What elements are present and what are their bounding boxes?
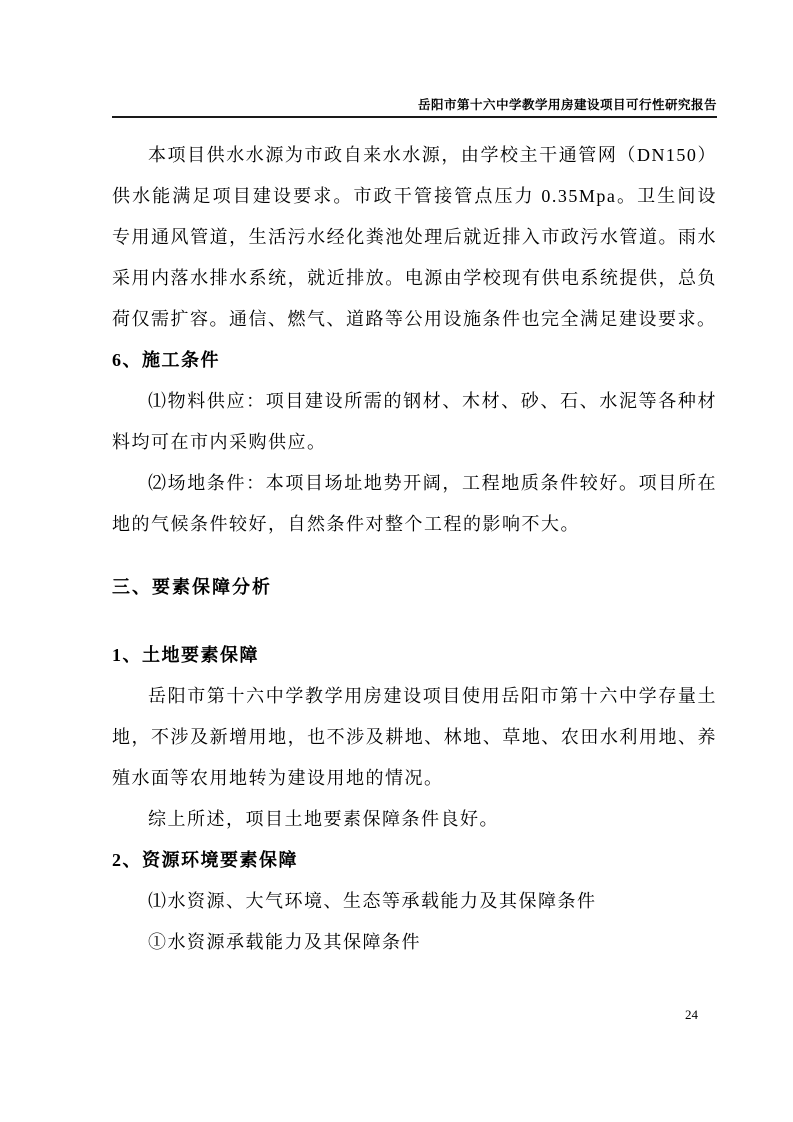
page-number: 24 (685, 1008, 698, 1022)
heading-land-factor-guarantee: 1、土地要素保障 (112, 635, 717, 676)
paragraph-site-conditions: ⑵场地条件：本项目场址地势开阔，工程地质条件较好。项目所在地的气候条件较好，自然… (112, 463, 717, 545)
paragraph-water-resource-capacity: ①水资源承载能力及其保障条件 (112, 922, 717, 963)
paragraph-water-air-ecology-capacity: ⑴水资源、大气环境、生态等承载能力及其保障条件 (112, 881, 717, 922)
heading-resource-environment-guarantee: 2、资源环境要素保障 (112, 840, 717, 881)
section-heading-factor-guarantee-analysis: 三、要素保障分析 (112, 567, 717, 608)
document-page: 岳阳市第十六中学教学用房建设项目可行性研究报告 本项目供水水源为市政自来水水源，… (0, 0, 793, 1122)
running-header: 岳阳市第十六中学教学用房建设项目可行性研究报告 (112, 97, 717, 118)
paragraph-land-conclusion: 综上所述，项目土地要素保障条件良好。 (112, 799, 717, 840)
report-title: 岳阳市第十六中学教学用房建设项目可行性研究报告 (112, 97, 717, 113)
paragraph-land-use: 岳阳市第十六中学教学用房建设项目使用岳阳市第十六中学存量土地，不涉及新增用地，也… (112, 676, 717, 799)
paragraph-material-supply: ⑴物料供应：项目建设所需的钢材、木材、砂、石、水泥等各种材料均可在市内采购供应。 (112, 381, 717, 463)
paragraph-utilities-supply: 本项目供水水源为市政自来水水源，由学校主干通管网（DN150）供水能满足项目建设… (112, 135, 717, 340)
heading-construction-conditions: 6、施工条件 (112, 340, 717, 381)
document-body: 本项目供水水源为市政自来水水源，由学校主干通管网（DN150）供水能满足项目建设… (112, 121, 717, 963)
